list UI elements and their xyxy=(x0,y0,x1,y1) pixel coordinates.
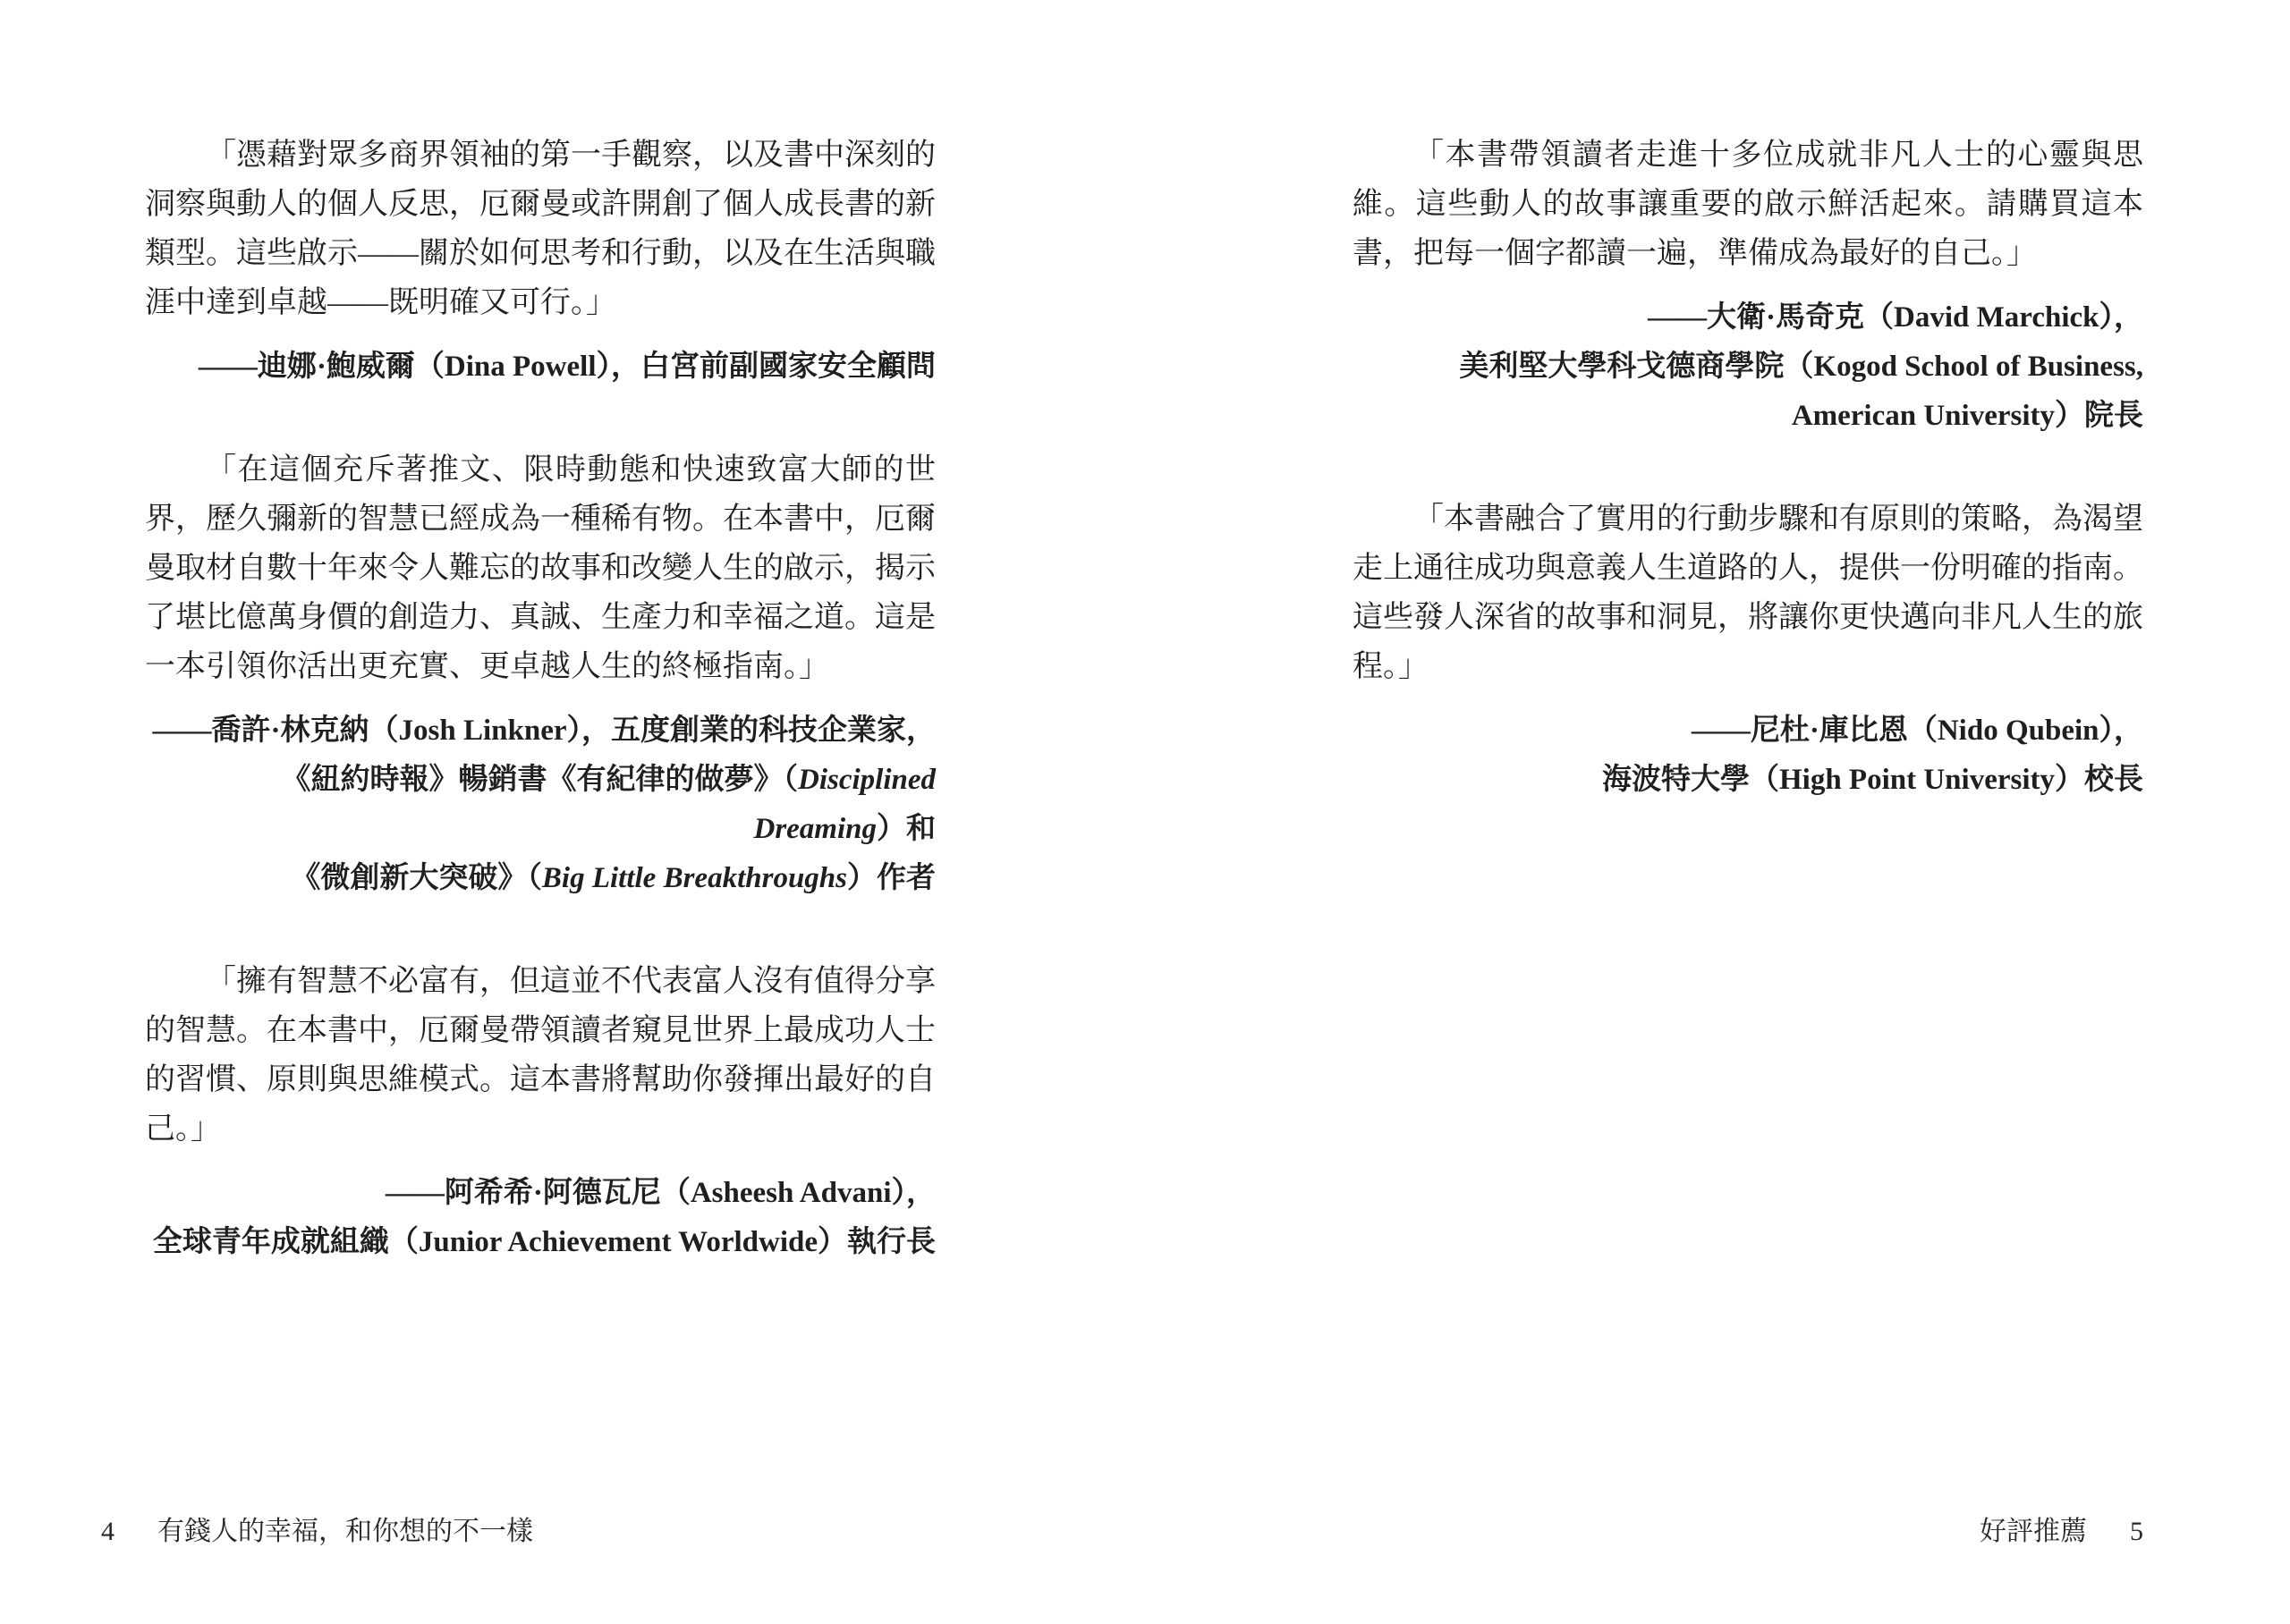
quote-line: 界，歷久彌新的智慧已經成為一種稀有物。在本書中，厄爾 xyxy=(145,495,936,544)
quote-line: 「在這個充斥著推文、限時動態和快速致富大師的世 xyxy=(145,445,936,495)
attribution-line: 《微創新大突破》（Big Little Breakthroughs）作者 xyxy=(145,854,936,903)
quote-line: 這些發人深省的故事和洞見，將讓你更快邁向非凡人生的旅 xyxy=(1353,593,2143,642)
quote-line: 一本引領你活出更充實、更卓越人生的終極指南。」 xyxy=(145,642,936,691)
page-number-left: 4 xyxy=(101,1517,114,1546)
quote-line: 涯中達到卓越——既明確又可行。」 xyxy=(145,278,936,327)
quote-line: 洞察與動人的個人反思，厄爾曼或許開創了個人成長書的新 xyxy=(145,180,936,229)
footer-right: 好評推薦5 xyxy=(1980,1514,2143,1550)
attribution-text: ——阿希希·阿德瓦尼（Asheesh Advani）， xyxy=(386,1177,936,1209)
attribution-text: American University）院長 xyxy=(1792,400,2143,432)
attribution-line: ——迪娜·鮑威爾（Dina Powell），白宮前副國家安全顧問 xyxy=(145,343,936,392)
attribution: ——迪娜·鮑威爾（Dina Powell），白宮前副國家安全顧問 xyxy=(145,343,936,392)
attribution: ——阿希希·阿德瓦尼（Asheesh Advani）， 全球青年成就組織（Jun… xyxy=(145,1169,936,1267)
quote-block-dina-powell: 「憑藉對眾多商界領袖的第一手觀察，以及書中深刻的 洞察與動人的個人反思，厄爾曼或… xyxy=(145,131,936,392)
footer-left: 4有錢人的幸福，和你想的不一樣 xyxy=(101,1514,533,1550)
attribution-text: 美利堅大學科戈德商學院（Kogod School of Business, xyxy=(1459,351,2143,383)
attribution: ——大衛·馬奇克（David Marchick）， 美利堅大學科戈德商學院（Ko… xyxy=(1353,293,2143,441)
attribution-line: 美利堅大學科戈德商學院（Kogod School of Business, xyxy=(1353,343,2143,392)
attribution-text: 全球青年成就組織（Junior Achievement Worldwide）執行… xyxy=(153,1226,936,1258)
left-page: 「憑藉對眾多商界領袖的第一手觀察，以及書中深刻的 洞察與動人的個人反思，厄爾曼或… xyxy=(145,131,936,1321)
attribution-text: 《微創新大突破》（ xyxy=(291,862,542,894)
attribution-line: 《紐約時報》暢銷書《有紀律的做夢》（Disciplined Dreaming）和 xyxy=(145,756,936,854)
book-spread: 「憑藉對眾多商界領袖的第一手觀察，以及書中深刻的 洞察與動人的個人反思，厄爾曼或… xyxy=(0,0,2290,1624)
quote-line: 己。」 xyxy=(145,1104,936,1154)
attribution-text: ）作者 xyxy=(847,862,936,894)
book-title-italic: Big Little Breakthroughs xyxy=(542,862,847,894)
quote-line: 「本書融合了實用的行動步驟和有原則的策略，為渴望 xyxy=(1353,495,2143,544)
page-number-right: 5 xyxy=(2130,1517,2143,1546)
attribution: ——喬許·林克納（Josh Linkner），五度創業的科技企業家， 《紐約時報… xyxy=(145,706,936,903)
attribution-text: ）和 xyxy=(877,813,936,845)
quote-line: 走上通往成功與意義人生道路的人，提供一份明確的指南。 xyxy=(1353,544,2143,593)
quote-line: 程。」 xyxy=(1353,642,2143,691)
quote-line: 「本書帶領讀者走進十多位成就非凡人士的心靈與思 xyxy=(1353,131,2143,180)
quote-line: 類型。這些啟示——關於如何思考和行動，以及在生活與職 xyxy=(145,229,936,278)
attribution-line: 全球青年成就組織（Junior Achievement Worldwide）執行… xyxy=(145,1218,936,1267)
quote-line: 的智慧。在本書中，厄爾曼帶領讀者窺見世界上最成功人士 xyxy=(145,1006,936,1055)
attribution-line: 海波特大學（High Point University）校長 xyxy=(1353,756,2143,805)
quote-block-david-marchick: 「本書帶領讀者走進十多位成就非凡人士的心靈與思 維。這些動人的故事讓重要的啟示鮮… xyxy=(1353,131,2143,441)
quote-line: 曼取材自數十年來令人難忘的故事和改變人生的啟示，揭示 xyxy=(145,544,936,593)
quote-line: 維。這些動人的故事讓重要的啟示鮮活起來。請購買這本 xyxy=(1353,180,2143,229)
attribution-text: ——迪娜·鮑威爾（Dina Powell），白宮前副國家安全顧問 xyxy=(199,351,936,383)
book-title-running-footer: 有錢人的幸福，和你想的不一樣 xyxy=(157,1517,533,1546)
attribution-text: ——尼杜·庫比恩（Nido Qubein）， xyxy=(1692,715,2143,747)
attribution-text: ——大衛·馬奇克（David Marchick）， xyxy=(1648,301,2143,334)
quote-block-josh-linkner: 「在這個充斥著推文、限時動態和快速致富大師的世 界，歷久彌新的智慧已經成為一種稀… xyxy=(145,445,936,903)
quote-line: 的習慣、原則與思維模式。這本書將幫助你發揮出最好的自 xyxy=(145,1055,936,1104)
quote-block-asheesh-advani: 「擁有智慧不必富有，但這並不代表富人沒有值得分享 的智慧。在本書中，厄爾曼帶領讀… xyxy=(145,957,936,1267)
attribution-text: 《紐約時報》暢銷書《有紀律的做夢》（ xyxy=(282,764,799,796)
right-page: 「本書帶領讀者走進十多位成就非凡人士的心靈與思 維。這些動人的故事讓重要的啟示鮮… xyxy=(1353,131,2143,859)
quote-line: 書，把每一個字都讀一遍，準備成為最好的自己。」 xyxy=(1353,229,2143,278)
attribution-line: ——尼杜·庫比恩（Nido Qubein）， xyxy=(1353,706,2143,756)
attribution-line: ——大衛·馬奇克（David Marchick）， xyxy=(1353,293,2143,343)
attribution-text: 海波特大學（High Point University）校長 xyxy=(1602,764,2143,796)
quote-line: 了堪比億萬身價的創造力、真誠、生產力和幸福之道。這是 xyxy=(145,593,936,642)
attribution: ——尼杜·庫比恩（Nido Qubein）， 海波特大學（High Point … xyxy=(1353,706,2143,805)
attribution-line: American University）院長 xyxy=(1353,392,2143,441)
attribution-line: ——阿希希·阿德瓦尼（Asheesh Advani）， xyxy=(145,1169,936,1218)
quote-block-nido-qubein: 「本書融合了實用的行動步驟和有原則的策略，為渴望 走上通往成功與意義人生道路的人… xyxy=(1353,495,2143,805)
attribution-text: ——喬許·林克納（Josh Linkner），五度創業的科技企業家， xyxy=(153,715,936,747)
quote-line: 「憑藉對眾多商界領袖的第一手觀察，以及書中深刻的 xyxy=(145,131,936,180)
quote-line: 「擁有智慧不必富有，但這並不代表富人沒有值得分享 xyxy=(145,957,936,1006)
section-title-running-footer: 好評推薦 xyxy=(1980,1517,2087,1546)
attribution-line: ——喬許·林克納（Josh Linkner），五度創業的科技企業家， xyxy=(145,706,936,756)
